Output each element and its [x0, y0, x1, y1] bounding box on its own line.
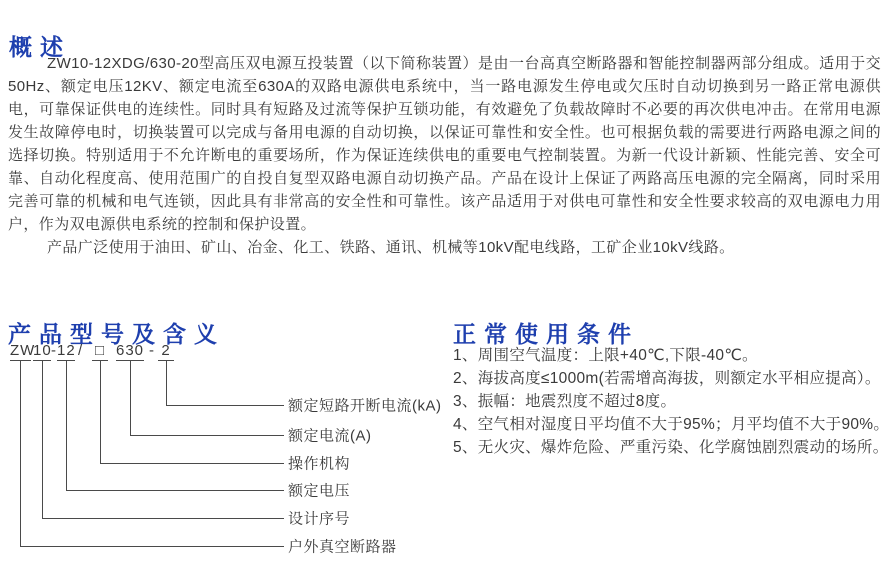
model-segment-box: □	[92, 343, 108, 361]
condition-item-1: 1、周围空气温度：上限+40℃,下限-40℃。	[453, 344, 887, 367]
connector-line-vertical	[42, 360, 43, 518]
model-segment-12: 12	[57, 343, 75, 361]
conditions-list: 1、周围空气温度：上限+40℃,下限-40℃。 2、海拔高度≤1000m(若需增…	[453, 344, 887, 459]
connector-line-vertical	[20, 360, 21, 546]
overview-paragraph-1: ZW10-12XDG/630-20型高压双电源互投装置（以下简称装置）是由一台高…	[8, 52, 881, 236]
model-label-operating-mechanism: 操作机构	[288, 453, 350, 474]
condition-item-5: 5、无火灾、爆炸危险、严重污染、化学腐蚀剧烈震动的场所。	[453, 436, 887, 459]
condition-item-2: 2、海拔高度≤1000m(若需增高海拔，则额定水平相应提高）。	[453, 367, 887, 390]
model-label-rated-voltage: 额定电压	[288, 480, 350, 501]
connector-line-horizontal	[166, 405, 284, 406]
connector-line-horizontal	[66, 490, 284, 491]
connector-line-vertical	[100, 360, 101, 463]
connector-line-horizontal	[130, 435, 284, 436]
overview-body: ZW10-12XDG/630-20型高压双电源互投装置（以下简称装置）是由一台高…	[8, 52, 881, 259]
connector-line-vertical	[166, 360, 167, 405]
connector-line-horizontal	[20, 546, 284, 547]
condition-item-4: 4、空气相对湿度日平均值不大于95%；月平均值不大于90%。	[453, 413, 887, 436]
model-label-design-serial: 设计序号	[288, 508, 350, 529]
model-segment-10: 10	[33, 343, 51, 361]
model-segment-2: 2	[158, 343, 174, 361]
model-separator-dash-1: -	[51, 343, 56, 359]
connector-line-vertical	[130, 360, 131, 435]
model-label-rated-current: 额定电流(A)	[288, 425, 372, 446]
connector-line-horizontal	[42, 518, 284, 519]
model-segment-630: 630	[116, 343, 144, 361]
connector-line-horizontal	[100, 463, 284, 464]
model-label-outdoor-breaker: 户外真空断路器	[288, 536, 397, 557]
catalog-page: 概述 ZW10-12XDG/630-20型高压双电源互投装置（以下简称装置）是由…	[0, 0, 888, 577]
model-separator-dash-2: -	[149, 343, 154, 359]
model-label-breaking-current: 额定短路开断电流(kA)	[288, 395, 442, 416]
model-separator-slash: /	[78, 343, 82, 359]
model-segment-zw: ZW	[10, 343, 31, 361]
model-diagram: ZW 10 - 12 / □ 630 - 2 额定短路开断电流(kA) 额定电流…	[8, 343, 446, 571]
condition-item-3: 3、振幅：地震烈度不超过8度。	[453, 390, 887, 413]
overview-paragraph-2: 产品广泛使用于油田、矿山、冶金、化工、铁路、通讯、机械等10kV配电线路，工矿企…	[8, 236, 881, 259]
connector-line-vertical	[66, 360, 67, 490]
